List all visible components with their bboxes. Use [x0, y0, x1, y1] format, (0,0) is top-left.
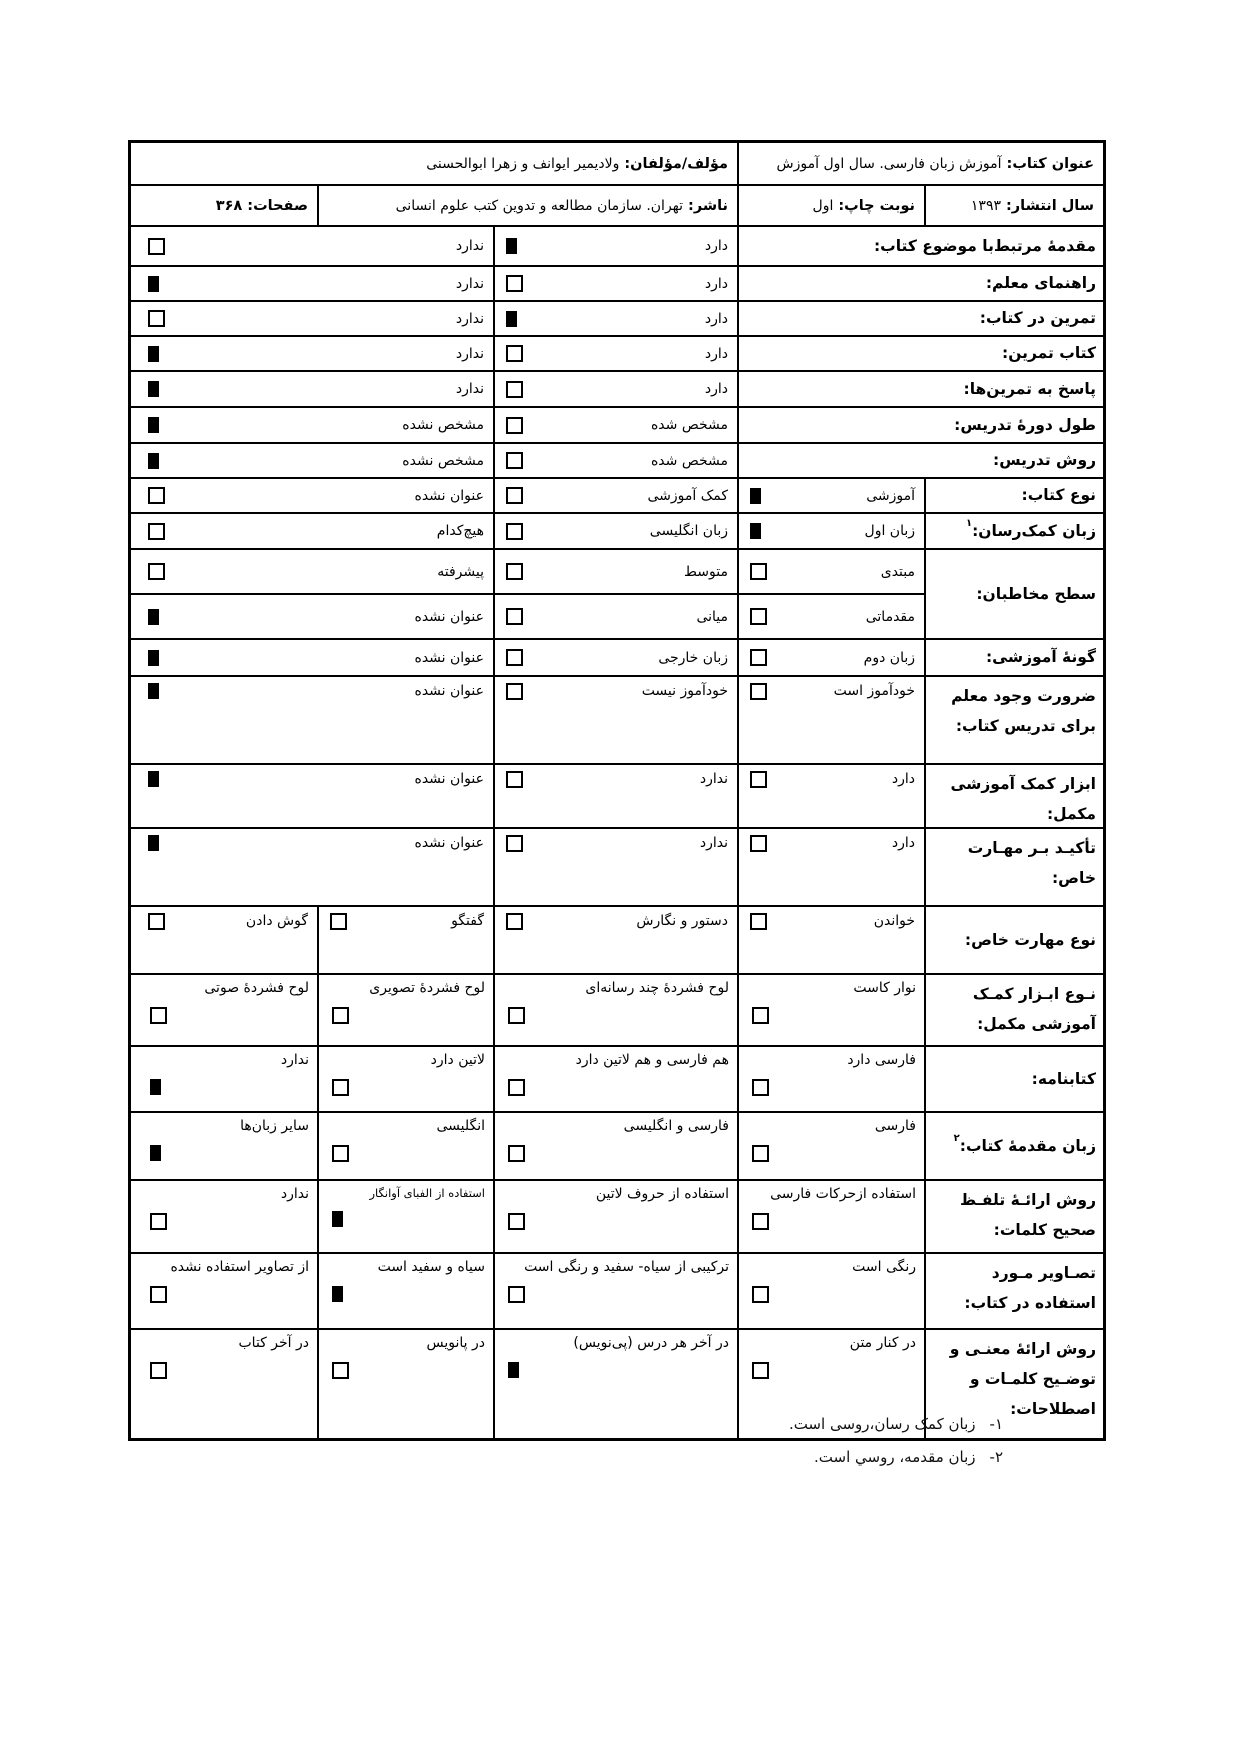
- row-label: تمرین در کتاب:: [737, 302, 1103, 335]
- option-label: عنوان نشده: [414, 771, 484, 787]
- checkbox-unchecked: [508, 1007, 525, 1024]
- option-label: دارد: [705, 346, 728, 362]
- option-label: لاتین دارد: [431, 1052, 485, 1068]
- book-author-value: ولادیمیر ایوانف و زهرا ابوالحسنی: [426, 156, 619, 172]
- option-cell: ندارد: [137, 267, 493, 300]
- option-label: ندارد: [281, 1186, 309, 1202]
- row-label: روش تدریس:: [737, 444, 1103, 477]
- option-cell: زبان انگلیسی: [493, 514, 737, 548]
- option-cell: دستور و نگارش: [493, 907, 737, 973]
- checkbox-unchecked: [506, 381, 523, 398]
- table-row: طول دورهٔ تدریس:مشخص شدهمشخص نشده: [131, 406, 1103, 442]
- option-cell: عنوان نشده: [137, 765, 493, 827]
- option-label: گفتگو: [451, 913, 484, 929]
- row-label: روش ارائـهٔ تلفـظ صحیح کلمات:: [924, 1181, 1103, 1252]
- checkbox-unchecked: [752, 1079, 769, 1096]
- checkbox-unchecked: [148, 487, 165, 504]
- publish-year-value: ۱۳۹۳: [971, 198, 1001, 214]
- option-label: کمک آموزشی: [647, 488, 728, 504]
- checkbox-checked: [506, 238, 517, 254]
- checkbox-unchecked: [752, 1213, 769, 1230]
- table-row: ابزار کمک آموزشی مکمل:داردنداردعنوان نشد…: [131, 763, 1103, 827]
- footnote-1-marker: ۱-: [990, 1408, 1003, 1441]
- row-label: ضرورت وجود معلم برای تدریس کتاب:: [924, 677, 1103, 763]
- option-label: دارد: [892, 835, 915, 851]
- checkbox-unchecked: [506, 683, 523, 700]
- edition-value: اول: [813, 198, 834, 214]
- checkbox-unchecked: [150, 1213, 167, 1230]
- option-cell: در آخر کتاب: [137, 1330, 317, 1438]
- footnote-2-text: زبان مقدمه، روسي است.: [814, 1441, 976, 1474]
- table-row-title: عنوان کتاب: آموزش زبان فارسی. سال اول آم…: [131, 143, 1103, 184]
- pages-cell: صفحات: ۳۶۸: [131, 186, 317, 225]
- table-row: زبان مقدمهٔ کتاب:۲فارسیفارسی و انگلیسیان…: [131, 1111, 1103, 1179]
- option-label: از تصاویر استفاده نشده: [170, 1259, 309, 1275]
- option-cell: میانی: [493, 595, 737, 638]
- publish-year-label: سال انتشار:: [1006, 198, 1094, 214]
- checkbox-checked: [148, 650, 159, 666]
- footnote-2: ۲- زبان مقدمه، روسي است.: [789, 1441, 1003, 1474]
- publisher-label: ناشر:: [688, 198, 728, 214]
- option-cell: دارد: [493, 302, 737, 335]
- checkbox-unchecked: [508, 1286, 525, 1303]
- option-cell: عنوان نشده: [137, 595, 493, 638]
- option-cell: ندارد: [493, 765, 737, 827]
- row-label: ابزار کمک آموزشی مکمل:: [924, 765, 1103, 827]
- row-label: تصـاویر مـورد استفاده در کتاب:: [924, 1254, 1103, 1328]
- option-label: در آخر کتاب: [239, 1335, 310, 1351]
- checkbox-checked: [332, 1211, 343, 1227]
- checkbox-checked: [750, 488, 761, 504]
- option-cell: استفاده ازحرکات فارسی: [737, 1181, 924, 1252]
- option-cell: سایر زبان‌ها: [137, 1113, 317, 1179]
- option-label: عنوان نشده: [414, 650, 484, 666]
- option-subrow: مقدماتیمیانیعنوان نشده: [131, 593, 924, 638]
- option-label: لوح فشردهٔ چند رسانه‌ای: [585, 980, 729, 996]
- pages-label: صفحات:: [247, 198, 308, 214]
- checkbox-unchecked: [750, 835, 767, 852]
- checkbox-unchecked: [148, 523, 165, 540]
- checkbox-checked: [148, 417, 159, 433]
- table-row: گونهٔ آموزشی:زبان دومزبان خارجیعنوان نشد…: [131, 638, 1103, 675]
- option-cell: هم فارسی و هم لاتین دارد: [493, 1047, 737, 1111]
- option-cell: عنوان نشده: [137, 677, 493, 763]
- footnote-1-text: زبان کمک رسان،روسی است.: [789, 1408, 976, 1441]
- checkbox-checked: [150, 1145, 161, 1161]
- option-cell: در پانویس: [317, 1330, 493, 1438]
- table-row: پاسخ به تمرین‌ها:داردندارد: [131, 370, 1103, 406]
- option-label: فارسی: [875, 1118, 916, 1134]
- checkbox-unchecked: [506, 608, 523, 625]
- option-label: مشخص شده: [651, 453, 728, 469]
- checkbox-unchecked: [506, 835, 523, 852]
- option-cell: فارسی و انگلیسی: [493, 1113, 737, 1179]
- option-cell: نوار کاست: [737, 975, 924, 1045]
- table-row: ضرورت وجود معلم برای تدریس کتاب:خودآموز …: [131, 675, 1103, 763]
- option-cell: ندارد: [137, 302, 493, 335]
- option-cell: در آخر هر درس (پی‌نویس): [493, 1330, 737, 1438]
- checkbox-unchecked: [508, 1079, 525, 1096]
- option-cell: ندارد: [493, 829, 737, 905]
- checkbox-unchecked: [332, 1007, 349, 1024]
- option-cell: لوح فشردهٔ صوتی: [137, 975, 317, 1045]
- checkbox-unchecked: [506, 452, 523, 469]
- option-cell: زبان دوم: [737, 640, 924, 675]
- book-title-value: آموزش زبان فارسی. سال اول آموزش: [777, 156, 1002, 172]
- option-cell: عنوان نشده: [137, 829, 493, 905]
- option-label: خودآموز است: [834, 683, 915, 699]
- checkbox-unchecked: [332, 1079, 349, 1096]
- checkbox-unchecked: [150, 1286, 167, 1303]
- option-label: فارسی و انگلیسی: [624, 1118, 729, 1134]
- option-label: ترکیبی از سیاه- سفید و رنگی است: [524, 1259, 729, 1275]
- option-cell: پیشرفته: [137, 550, 493, 593]
- option-cell: ترکیبی از سیاه- سفید و رنگی است: [493, 1254, 737, 1328]
- option-label: ندارد: [456, 346, 484, 362]
- option-label: مشخص نشده: [402, 417, 484, 433]
- book-author-label: مؤلف/مؤلفان:: [624, 156, 728, 172]
- option-label: فارسی دارد: [847, 1052, 916, 1068]
- option-label: ندارد: [456, 238, 484, 254]
- option-label: استفاده ازحرکات فارسی: [770, 1186, 916, 1202]
- checkbox-checked: [148, 609, 159, 625]
- edition-cell: نوبت چاپ: اول: [737, 186, 924, 225]
- row-label: طول دورهٔ تدریس:: [737, 408, 1103, 442]
- footnotes: ۱- زبان کمک رسان،روسی است. ۲- زبان مقدمه…: [789, 1408, 1003, 1474]
- option-cell: فارسی دارد: [737, 1047, 924, 1111]
- option-label: هیچ‌کدام: [437, 523, 484, 539]
- option-cell: ندارد: [137, 1181, 317, 1252]
- publisher-cell: ناشر: تهران. سازمان مطالعه و تدوین کتب ع…: [317, 186, 737, 225]
- option-label: میانی: [696, 609, 728, 625]
- checkbox-checked: [148, 381, 159, 397]
- option-cell: گفتگو: [317, 907, 493, 973]
- option-cell: رنگی است: [737, 1254, 924, 1328]
- row-label: سطح مخاطبان:: [924, 550, 1103, 638]
- option-label: سایر زبان‌ها: [240, 1118, 309, 1134]
- option-label: عنوان نشده: [414, 835, 484, 851]
- checkbox-unchecked: [506, 523, 523, 540]
- option-label: هم فارسی و هم لاتین دارد: [576, 1052, 729, 1068]
- option-cell: استفاده از حروف لاتین: [493, 1181, 737, 1252]
- checkbox-unchecked: [506, 563, 523, 580]
- option-label: سیاه و سفید است: [378, 1259, 485, 1275]
- checkbox-checked: [148, 771, 159, 787]
- table-row: کتاب تمرین:داردندارد: [131, 335, 1103, 370]
- checkbox-unchecked: [150, 1007, 167, 1024]
- option-cell: مشخص شده: [493, 444, 737, 477]
- row-label: راهنمای معلم:: [737, 267, 1103, 300]
- option-cell: زبان خارجی: [493, 640, 737, 675]
- checkbox-checked: [148, 453, 159, 469]
- option-cell: لوح فشردهٔ چند رسانه‌ای: [493, 975, 737, 1045]
- checkbox-unchecked: [506, 275, 523, 292]
- checkbox-unchecked: [506, 649, 523, 666]
- table-row: زبان کمک‌رسان:۱زبان اولزبان انگلیسیهیچ‌ک…: [131, 512, 1103, 548]
- option-label: لوح فشردهٔ صوتی: [204, 980, 309, 996]
- option-label: استفاده از حروف لاتین: [596, 1186, 729, 1202]
- row-label: نوع کتاب:: [924, 479, 1103, 512]
- option-label: ندارد: [700, 835, 728, 851]
- checkbox-checked: [508, 1362, 519, 1378]
- option-label: دارد: [705, 311, 728, 327]
- checkbox-checked: [332, 1286, 343, 1302]
- checkbox-unchecked: [752, 1362, 769, 1379]
- option-cell: مشخص نشده: [137, 444, 493, 477]
- option-label: دستور و نگارش: [636, 913, 728, 929]
- footnote-2-marker: ۲-: [990, 1441, 1003, 1474]
- checkbox-unchecked: [150, 1362, 167, 1379]
- table-row: کتابنامه:فارسی داردهم فارسی و هم لاتین د…: [131, 1045, 1103, 1111]
- option-cell: از تصاویر استفاده نشده: [137, 1254, 317, 1328]
- option-label: نوار کاست: [853, 980, 916, 996]
- option-cell: عنوان نشده: [137, 640, 493, 675]
- table-row: مقدمهٔ مرتبط‌با موضوع کتاب:داردندارد: [131, 225, 1103, 265]
- checkbox-unchecked: [752, 1007, 769, 1024]
- checkbox-unchecked: [332, 1362, 349, 1379]
- checkbox-unchecked: [148, 238, 165, 255]
- table-row: تأکیـد بـر مهـارت خاص:داردنداردعنوان نشد…: [131, 827, 1103, 905]
- publisher-value: تهران. سازمان مطالعه و تدوین کتب علوم ان…: [396, 198, 683, 214]
- option-label: در آخر هر درس (پی‌نویس): [573, 1335, 729, 1351]
- option-cell: ندارد: [137, 372, 493, 406]
- row-label: پاسخ به تمرین‌ها:: [737, 372, 1103, 406]
- option-cell: دارد: [737, 829, 924, 905]
- book-author-cell: مؤلف/مؤلفان: ولادیمیر ایوانف و زهرا ابوا…: [131, 143, 737, 184]
- table-row-publication: سال انتشار: ۱۳۹۳ نوبت چاپ: اول ناشر: تهر…: [131, 184, 1103, 225]
- option-label: زبان انگلیسی: [650, 523, 728, 539]
- option-cell: سیاه و سفید است: [317, 1254, 493, 1328]
- option-cell: لوح فشردهٔ تصویری: [317, 975, 493, 1045]
- table-row: تصـاویر مـورد استفاده در کتاب:رنگی استتر…: [131, 1252, 1103, 1328]
- checkbox-unchecked: [148, 310, 165, 327]
- option-cell: دارد: [493, 227, 737, 265]
- checkbox-unchecked: [506, 487, 523, 504]
- document-page: { "page": {"background": "#ffffff", "ink…: [0, 0, 1241, 1755]
- book-title-cell: عنوان کتاب: آموزش زبان فارسی. سال اول آم…: [737, 143, 1103, 184]
- option-label: مبتدی: [881, 564, 915, 580]
- table-row: راهنمای معلم:داردندارد: [131, 265, 1103, 300]
- book-evaluation-table: عنوان کتاب: آموزش زبان فارسی. سال اول آم…: [128, 140, 1106, 1441]
- publish-year-cell: سال انتشار: ۱۳۹۳: [924, 186, 1103, 225]
- option-cell: مشخص شده: [493, 408, 737, 442]
- row-label: نـوع ابـزار کمـک آموزشی مکمل:: [924, 975, 1103, 1045]
- checkbox-checked: [148, 276, 159, 292]
- option-cell: ندارد: [137, 227, 493, 265]
- table-row: روش ارائـهٔ تلفـظ صحیح کلمات:استفاده ازح…: [131, 1179, 1103, 1252]
- table-row: نـوع ابـزار کمـک آموزشی مکمل:نوار کاستلو…: [131, 973, 1103, 1045]
- option-label: متوسط: [684, 564, 728, 580]
- option-label: ندارد: [456, 311, 484, 327]
- option-cell: دارد: [493, 372, 737, 406]
- option-cell: کمک آموزشی: [493, 479, 737, 512]
- option-cell: گوش دادن: [137, 907, 317, 973]
- row-label: زبان کمک‌رسان:۱: [924, 514, 1103, 548]
- row-label: نوع مهارت خاص:: [924, 907, 1103, 973]
- row-label: کتاب تمرین:: [737, 337, 1103, 370]
- edition-label: نوبت چاپ:: [838, 198, 915, 214]
- book-title-label: عنوان کتاب:: [1007, 156, 1094, 172]
- option-subrow: مبتدیمتوسطپیشرفته: [131, 550, 924, 593]
- checkbox-unchecked: [508, 1145, 525, 1162]
- checkbox-unchecked: [750, 683, 767, 700]
- option-label: استفاده از الفبای آوانگار: [369, 1186, 485, 1200]
- option-cell: متوسط: [493, 550, 737, 593]
- option-label: مشخص شده: [651, 417, 728, 433]
- option-label: دارد: [705, 381, 728, 397]
- option-label: گوش دادن: [246, 913, 308, 929]
- option-label: ندارد: [456, 381, 484, 397]
- checkbox-unchecked: [750, 649, 767, 666]
- option-cell: ندارد: [137, 337, 493, 370]
- option-subrows: مبتدیمتوسطپیشرفتهمقدماتیمیانیعنوان نشده: [131, 550, 924, 638]
- table-row: روش تدریس:مشخص شدهمشخص نشده: [131, 442, 1103, 477]
- option-label: انگلیسی: [436, 1118, 485, 1134]
- footnote-reference: ۱: [966, 514, 972, 534]
- checkbox-unchecked: [332, 1145, 349, 1162]
- checkbox-checked: [150, 1079, 161, 1095]
- checkbox-unchecked: [330, 913, 347, 930]
- checkbox-checked: [148, 835, 159, 851]
- option-label: زبان اول: [865, 523, 915, 539]
- checkbox-unchecked: [752, 1286, 769, 1303]
- option-cell: استفاده از الفبای آوانگار: [317, 1181, 493, 1252]
- checkbox-unchecked: [752, 1145, 769, 1162]
- option-label: عنوان نشده: [414, 683, 484, 699]
- option-cell: مبتدی: [737, 550, 924, 593]
- checkbox-checked: [506, 311, 517, 327]
- option-label: رنگی است: [852, 1259, 916, 1275]
- checkbox-unchecked: [506, 417, 523, 434]
- option-label: زبان دوم: [864, 650, 915, 666]
- option-label: آموزشی: [866, 488, 915, 504]
- option-cell: ندارد: [137, 1047, 317, 1111]
- option-label: عنوان نشده: [414, 488, 484, 504]
- checkbox-checked: [750, 523, 761, 539]
- option-cell: دارد: [493, 267, 737, 300]
- option-label: در پانویس: [427, 1335, 485, 1351]
- checkbox-unchecked: [750, 913, 767, 930]
- option-label: ندارد: [700, 771, 728, 787]
- option-cell: آموزشی: [737, 479, 924, 512]
- row-label: کتابنامه:: [924, 1047, 1103, 1111]
- row-label: تأکیـد بـر مهـارت خاص:: [924, 829, 1103, 905]
- table-row: سطح مخاطبان:مبتدیمتوسطپیشرفتهمقدماتیمیان…: [131, 548, 1103, 638]
- checkbox-unchecked: [508, 1213, 525, 1230]
- option-cell: مشخص نشده: [137, 408, 493, 442]
- option-label: مشخص نشده: [402, 453, 484, 469]
- option-label: پیشرفته: [437, 564, 484, 580]
- option-cell: هیچ‌کدام: [137, 514, 493, 548]
- option-label: خودآموز نیست: [642, 683, 728, 699]
- checkbox-unchecked: [750, 608, 767, 625]
- option-label: دارد: [892, 771, 915, 787]
- footnote-1: ۱- زبان کمک رسان،روسی است.: [789, 1408, 1003, 1441]
- option-cell: عنوان نشده: [137, 479, 493, 512]
- option-label: زبان خارجی: [658, 650, 728, 666]
- checkbox-unchecked: [506, 913, 523, 930]
- row-label: مقدمهٔ مرتبط‌با موضوع کتاب:: [737, 227, 1103, 265]
- option-label: خواندن: [874, 913, 915, 929]
- option-cell: خودآموز نیست: [493, 677, 737, 763]
- row-label: گونهٔ آموزشی:: [924, 640, 1103, 675]
- checkbox-unchecked: [506, 771, 523, 788]
- option-label: دارد: [705, 238, 728, 254]
- option-cell: لاتین دارد: [317, 1047, 493, 1111]
- option-cell: انگلیسی: [317, 1113, 493, 1179]
- option-cell: فارسی: [737, 1113, 924, 1179]
- option-label: ندارد: [456, 276, 484, 292]
- checkbox-checked: [148, 346, 159, 362]
- checkbox-checked: [148, 683, 159, 699]
- checkbox-unchecked: [750, 771, 767, 788]
- option-cell: خودآموز است: [737, 677, 924, 763]
- footnote-reference: ۲: [954, 1129, 960, 1149]
- option-cell: دارد: [737, 765, 924, 827]
- option-label: دارد: [705, 276, 728, 292]
- option-cell: دارد: [493, 337, 737, 370]
- table-row: نوع کتاب:آموزشیکمک آموزشیعنوان نشده: [131, 477, 1103, 512]
- option-cell: خواندن: [737, 907, 924, 973]
- option-label: مقدماتی: [866, 609, 915, 625]
- checkbox-unchecked: [506, 345, 523, 362]
- checkbox-unchecked: [750, 563, 767, 580]
- option-cell: مقدماتی: [737, 595, 924, 638]
- pages-value: ۳۶۸: [216, 198, 243, 214]
- option-label: ندارد: [281, 1052, 309, 1068]
- checkbox-unchecked: [148, 563, 165, 580]
- option-label: در کنار متن: [850, 1335, 916, 1351]
- option-cell: زبان اول: [737, 514, 924, 548]
- option-label: عنوان نشده: [414, 609, 484, 625]
- table-row: تمرین در کتاب:داردندارد: [131, 300, 1103, 335]
- checkbox-unchecked: [148, 913, 165, 930]
- row-label: زبان مقدمهٔ کتاب:۲: [924, 1113, 1103, 1179]
- option-label: لوح فشردهٔ تصویری: [369, 980, 485, 996]
- table-row: نوع مهارت خاص:خواندندستور و نگارشگفتگوگو…: [131, 905, 1103, 973]
